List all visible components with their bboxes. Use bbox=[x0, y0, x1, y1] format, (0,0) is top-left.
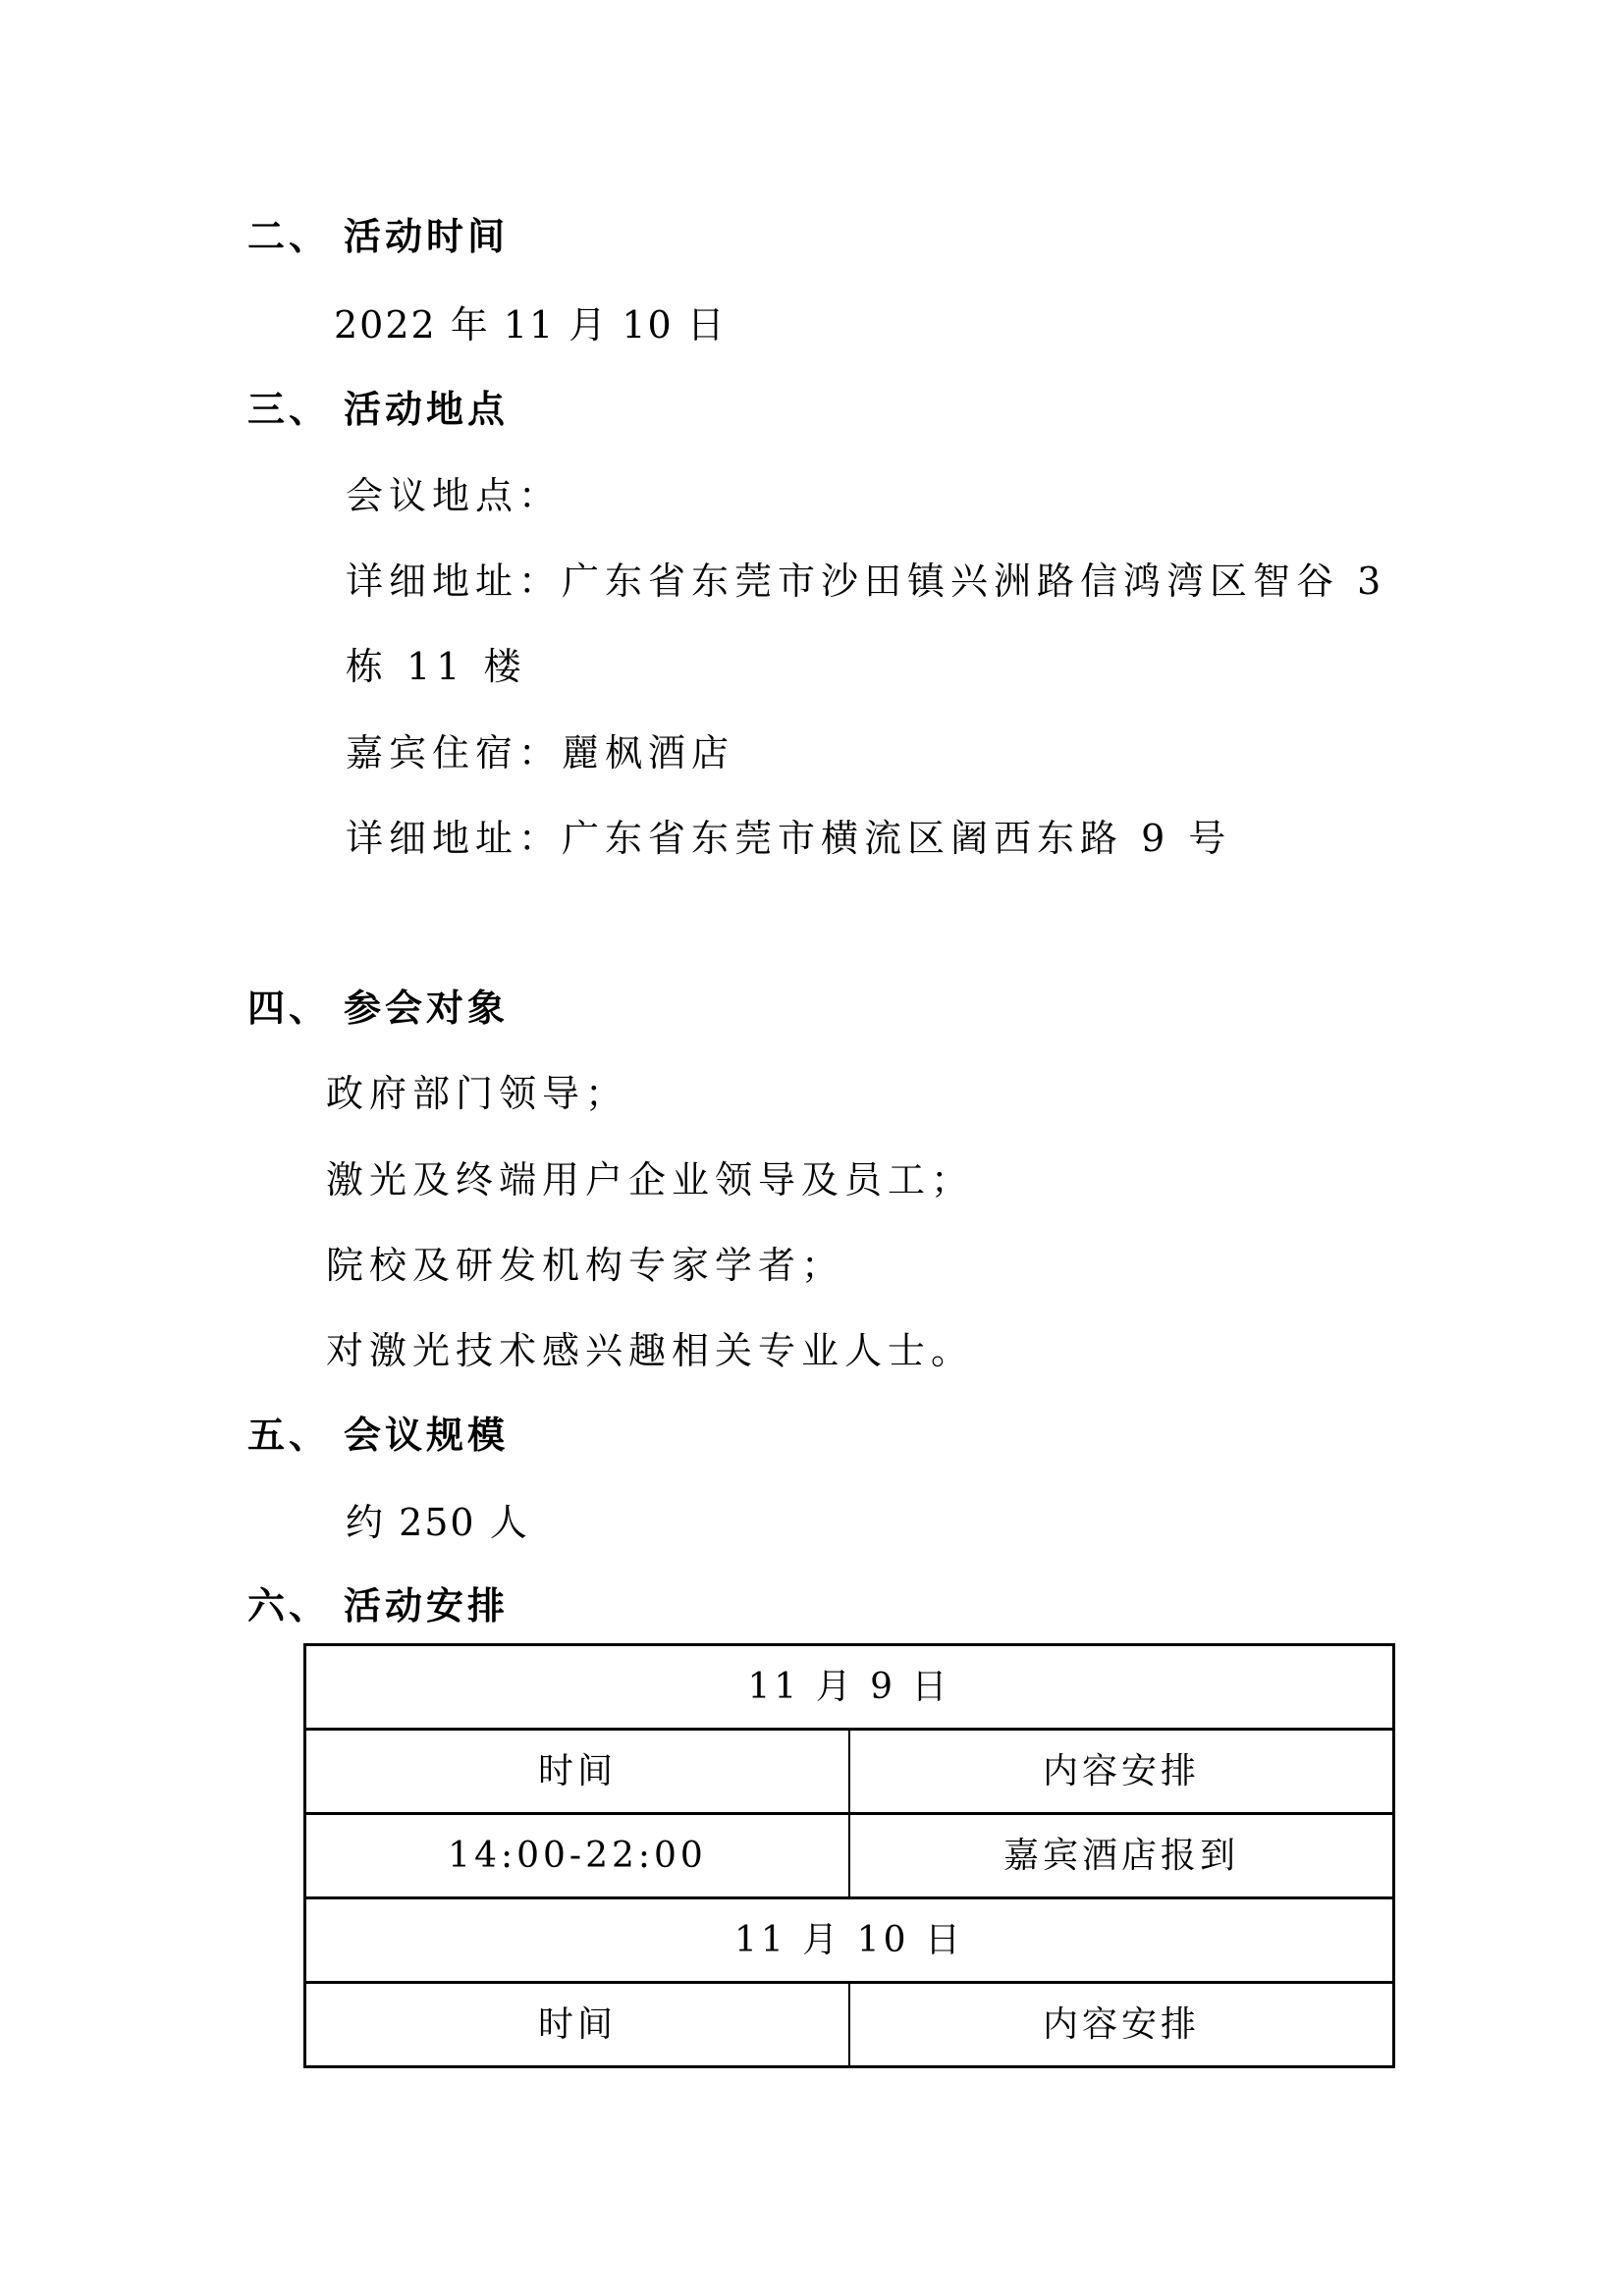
table-row: 14:00-22:00 嘉宾酒店报到 bbox=[305, 1814, 1394, 1898]
section-heading-venue: 三、活动地点 bbox=[247, 391, 509, 428]
column-header-row: 时间 内容安排 bbox=[305, 1730, 1394, 1814]
audience-item: 对激光技术感兴趣相关专业人士。 bbox=[326, 1332, 974, 1369]
document-page: 二、活动时间 2022 年 11 月 10 日 三、活动地点 会议地点： 详细地… bbox=[0, 0, 1624, 2296]
section-number: 五、 bbox=[247, 1416, 344, 1454]
header-time-cell: 时间 bbox=[305, 1730, 850, 1814]
header-content-cell: 内容安排 bbox=[849, 1983, 1394, 2067]
schedule-table: 11 月 9 日 时间 内容安排 14:00-22:00 嘉宾酒店报到 11 月… bbox=[303, 1643, 1395, 2068]
hotel-line: 嘉宾住宿：麗枫酒店 bbox=[346, 734, 734, 772]
day-date-cell: 11 月 9 日 bbox=[305, 1645, 1394, 1730]
section-title: 会议规模 bbox=[344, 1413, 509, 1457]
time-cell: 14:00-22:00 bbox=[305, 1814, 850, 1898]
day-date-cell: 11 月 10 日 bbox=[305, 1898, 1394, 1983]
section-title: 参会对象 bbox=[344, 986, 509, 1030]
section-number: 二、 bbox=[247, 218, 344, 255]
section-number: 六、 bbox=[247, 1587, 344, 1625]
section-heading-time: 二、活动时间 bbox=[247, 218, 509, 255]
header-time-cell: 时间 bbox=[305, 1983, 850, 2067]
audience-item: 院校及研发机构专家学者； bbox=[326, 1247, 844, 1284]
hotel-address: 详细地址：广东省东莞市横流区阇西东路 9 号 bbox=[346, 820, 1231, 857]
section-number: 三、 bbox=[247, 391, 344, 428]
event-date: 2022 年 11 月 10 日 bbox=[334, 306, 727, 344]
section-title: 活动地点 bbox=[344, 387, 509, 431]
meeting-venue-label: 会议地点： bbox=[346, 477, 562, 514]
section-heading-audience: 四、参会对象 bbox=[247, 989, 509, 1027]
section-heading-scale: 五、会议规模 bbox=[247, 1416, 509, 1454]
section-title: 活动安排 bbox=[344, 1583, 509, 1628]
section-title: 活动时间 bbox=[344, 214, 509, 258]
day-header-row: 11 月 10 日 bbox=[305, 1898, 1394, 1983]
audience-item: 政府部门领导； bbox=[326, 1075, 628, 1112]
content-cell: 嘉宾酒店报到 bbox=[849, 1814, 1394, 1898]
attendance-scale: 约 250 人 bbox=[346, 1504, 529, 1541]
audience-item: 激光及终端用户企业领导及员工； bbox=[326, 1161, 974, 1199]
section-number: 四、 bbox=[247, 989, 344, 1027]
day-header-row: 11 月 9 日 bbox=[305, 1645, 1394, 1730]
meeting-address-line1: 详细地址：广东省东莞市沙田镇兴洲路信鸿湾区智谷 3 bbox=[346, 562, 1386, 600]
section-heading-schedule: 六、活动安排 bbox=[247, 1587, 509, 1625]
column-header-row: 时间 内容安排 bbox=[305, 1983, 1394, 2067]
meeting-address-line2: 栋 11 楼 bbox=[346, 648, 527, 685]
header-content-cell: 内容安排 bbox=[849, 1730, 1394, 1814]
